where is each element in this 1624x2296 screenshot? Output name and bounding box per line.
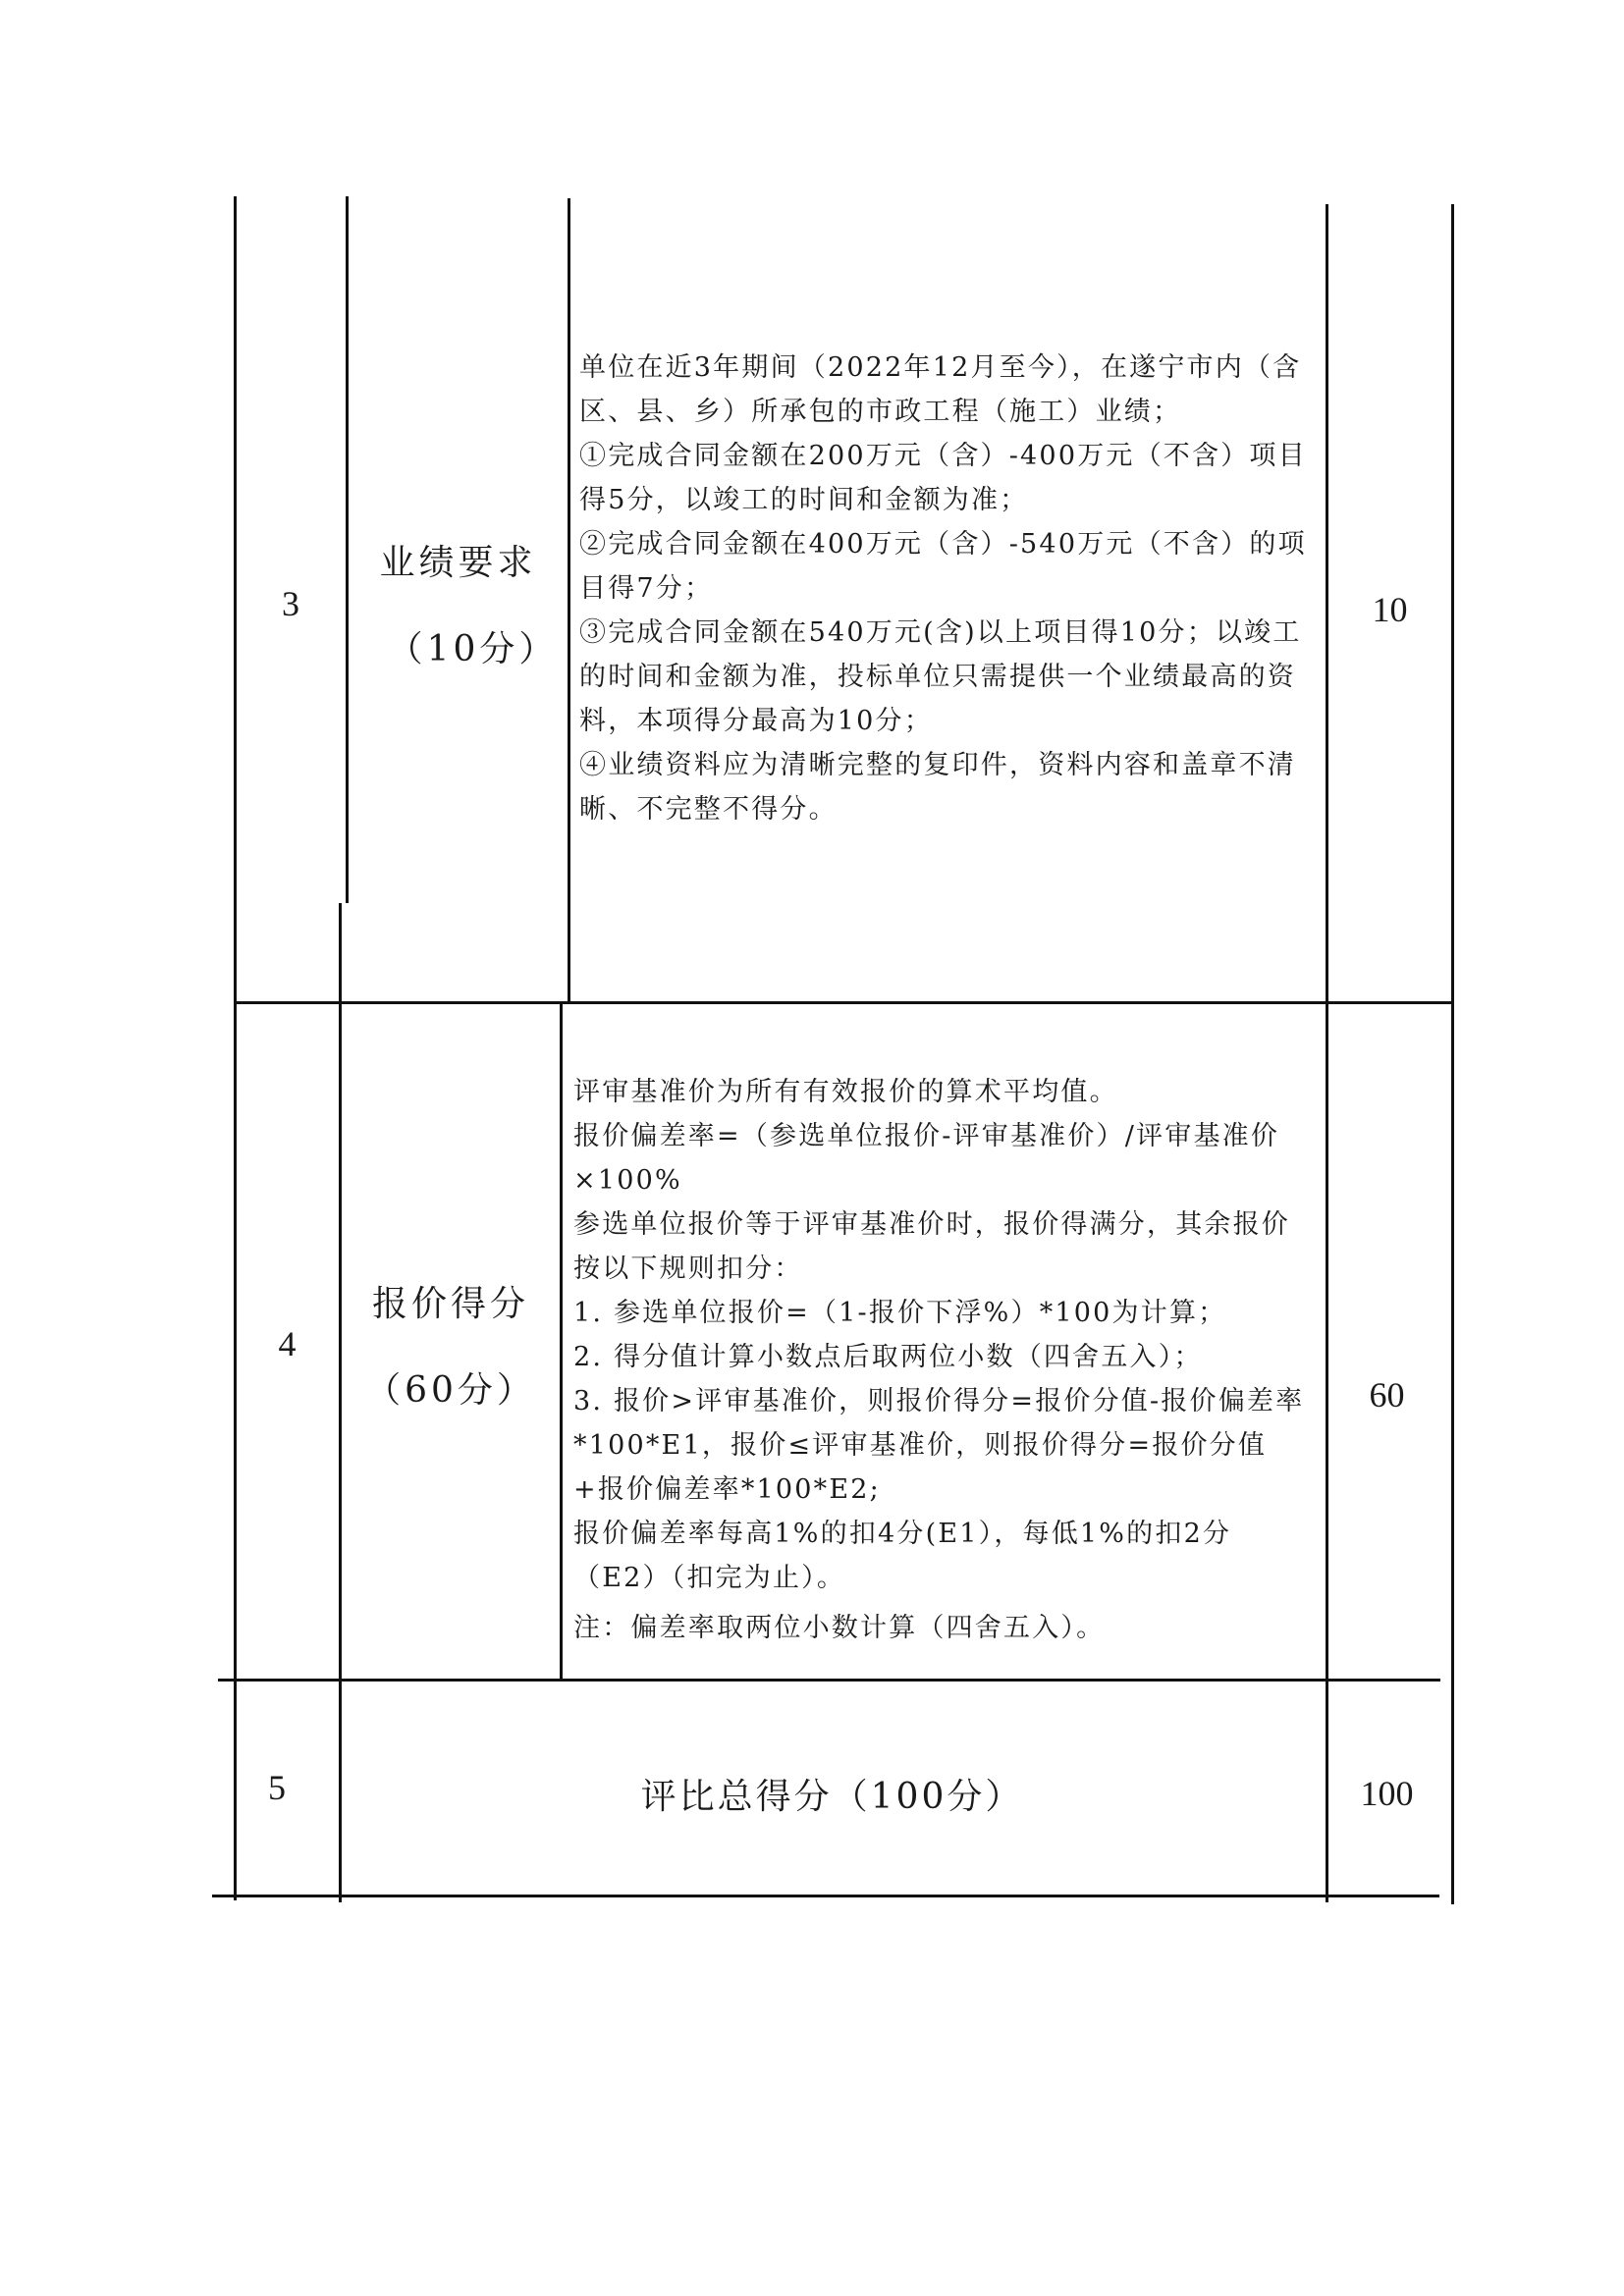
row-divider-4-5 xyxy=(218,1679,1440,1682)
row-5-total-label: 评比总得分（100分） xyxy=(339,1769,1326,1819)
document-page: 3 业绩要求 （10分） 单位在近3年期间（2022年12月至今），在遂宁市内（… xyxy=(0,0,1624,2296)
row-divider-3-4 xyxy=(234,1001,1454,1004)
criteria-line: ①完成合同金额在200万元（含）-400万元（不含）项目得5分，以竣工的时间和金… xyxy=(579,434,1311,522)
row-3-item: 业绩要求 （10分） xyxy=(349,520,568,693)
table-divider-col2 xyxy=(568,198,570,1003)
criteria-line: ③完成合同金额在540万元(含)以上项目得10分；以竣工的时间和金额为准，投标单… xyxy=(579,611,1311,743)
row-3-score: 10 xyxy=(1328,589,1451,630)
row-4-score: 60 xyxy=(1326,1374,1448,1415)
row-3-item-points: （10分） xyxy=(349,607,568,693)
criteria-line: 注：偏差率取两位小数计算（四舍五入）。 xyxy=(573,1606,1310,1650)
row-4-item-points: （60分） xyxy=(342,1348,560,1434)
row-4-index: 4 xyxy=(236,1323,339,1364)
row-3-index: 3 xyxy=(236,583,346,624)
row-4-item: 报价得分 （60分） xyxy=(342,1261,560,1434)
row-4-item-label: 报价得分 xyxy=(342,1261,560,1348)
criteria-line: 1. 参选单位报价=（1-报价下浮%）*100为计算； xyxy=(573,1291,1310,1335)
criteria-line: ④业绩资料应为清晰完整的复印件，资料内容和盖章不清晰、不完整不得分。 xyxy=(579,743,1311,831)
criteria-line: 评审基准价为所有有效报价的算术平均值。 xyxy=(573,1070,1310,1114)
criteria-line: 单位在近3年期间（2022年12月至今），在遂宁市内（含区、县、乡）所承包的市政… xyxy=(579,346,1311,434)
criteria-line: 2. 得分值计算小数点后取两位小数（四舍五入）； xyxy=(573,1335,1310,1379)
criteria-line: 3. 报价>评审基准价，则报价得分=报价分值-报价偏差率*100*E1，报价≤评… xyxy=(573,1379,1310,1512)
criteria-line: ②完成合同金额在400万元（含）-540万元（不含）的项目得7分； xyxy=(579,522,1311,611)
table-border-left xyxy=(234,196,237,1900)
row-3-item-label: 业绩要求 xyxy=(349,520,568,607)
row-4-criteria: 评审基准价为所有有效报价的算术平均值。 报价偏差率=（参选单位报价-评审基准价）… xyxy=(573,1070,1310,1650)
table-border-right xyxy=(1451,204,1454,1904)
row-5-index: 5 xyxy=(218,1767,336,1808)
row-5-score: 100 xyxy=(1326,1773,1448,1814)
table-divider-col2-lower xyxy=(560,1003,563,1681)
criteria-line: 报价偏差率=（参选单位报价-评审基准价）/评审基准价×100% xyxy=(573,1114,1310,1202)
table-border-bottom xyxy=(212,1895,1439,1897)
criteria-line: 参选单位报价等于评审基准价时，报价得满分，其余报价按以下规则扣分： xyxy=(573,1202,1310,1291)
row-3-criteria: 单位在近3年期间（2022年12月至今），在遂宁市内（含区、县、乡）所承包的市政… xyxy=(579,346,1311,831)
table-divider-col3 xyxy=(1326,204,1328,1902)
criteria-line: 报价偏差率每高1%的扣4分(E1），每低1%的扣2分（E2）（扣完为止）。 xyxy=(573,1512,1310,1600)
